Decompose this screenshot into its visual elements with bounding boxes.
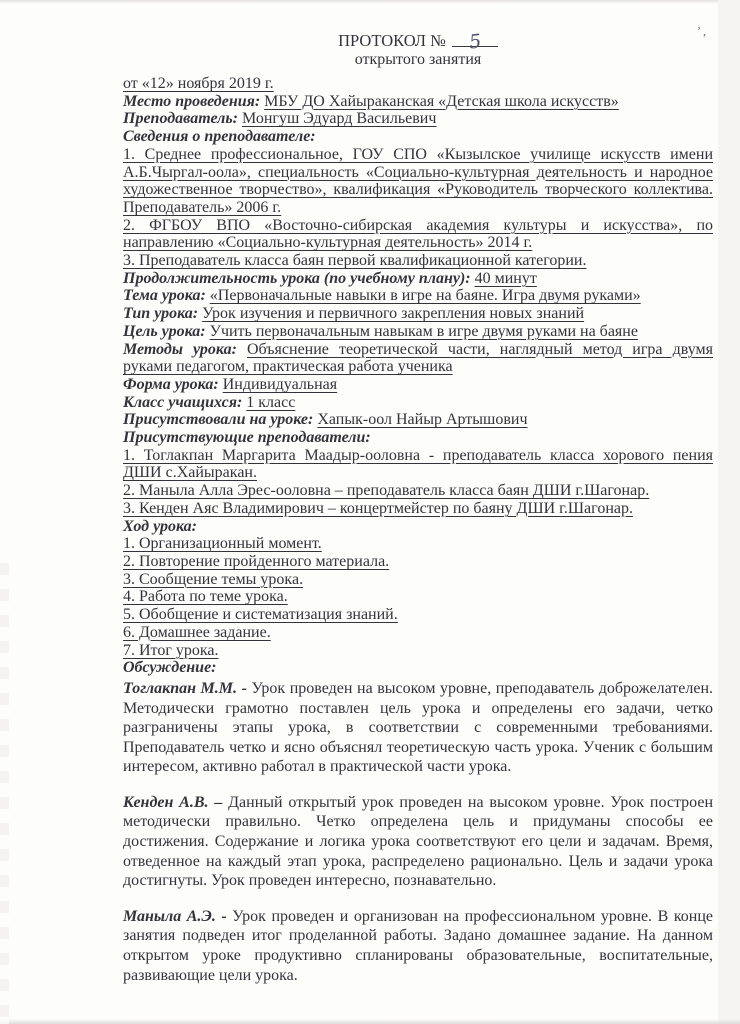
field-student-class-label: Класс учащихся: bbox=[123, 394, 242, 411]
discussion-speaker: Маныла А.Э. - bbox=[123, 908, 227, 925]
course-step: 2. Повторение пройденного материала. bbox=[123, 553, 713, 571]
discussion-header: Обсуждение: bbox=[123, 659, 713, 677]
present-teacher-item: 1. Тоглакпан Маргарита Маадыр-ооловна - … bbox=[123, 447, 713, 482]
field-goal: Цель урока: Учить первоначальным навыкам… bbox=[123, 323, 713, 341]
field-goal-label: Цель урока: bbox=[123, 323, 206, 340]
course-header: Ход урока: bbox=[123, 518, 713, 536]
field-methods-label: Методы урока: bbox=[123, 341, 237, 358]
document-content: ПРОТОКОЛ №5 открытого занятия от «12» но… bbox=[123, 30, 713, 985]
course-step: 6. Домашнее задание. bbox=[123, 624, 713, 642]
scan-edge-left bbox=[0, 563, 9, 1024]
field-form: Форма урока: Индивидуальная bbox=[123, 376, 713, 394]
field-attended-value: Хапык-оол Найыр Артышович bbox=[317, 411, 527, 428]
field-theme: Тема урока: «Первоначальные навыки в игр… bbox=[123, 287, 713, 305]
field-place-label: Место проведения: bbox=[123, 93, 260, 110]
field-place-value: МБУ ДО Хайыраканская «Детская школа иску… bbox=[264, 93, 619, 110]
field-student-class: Класс учащихся: 1 класс bbox=[123, 394, 713, 412]
course-step: 1. Организационный момент. bbox=[123, 535, 713, 553]
discussion-entry: Маныла А.Э. - Урок проведен и организова… bbox=[123, 907, 713, 985]
course-step: 3. Сообщение темы урока. bbox=[123, 571, 713, 589]
scanned-document-page: ʼ, ПРОТОКОЛ №5 открытого занятия от «12»… bbox=[0, 0, 740, 1024]
about-item: 2. ФГБОУ ВПО «Восточно-сибирская академи… bbox=[123, 217, 713, 252]
field-duration-value: 40 минут bbox=[475, 270, 537, 287]
field-teacher: Преподаватель: Монгуш Эдуард Васильевич bbox=[123, 110, 713, 128]
field-form-value: Индивидуальная bbox=[223, 376, 337, 393]
present-teacher-item: 3. Кенден Аяс Владимирович – концертмейс… bbox=[123, 500, 713, 518]
field-duration: Продолжительность урока (по учебному пла… bbox=[123, 270, 713, 288]
document-title: ПРОТОКОЛ №5 bbox=[123, 30, 713, 51]
course-step: 7. Итог урока. bbox=[123, 642, 713, 660]
date-line: от «12» ноября 2019 г. bbox=[123, 75, 713, 93]
about-item: 1. Среднее профессиональное, ГОУ СПО «Кы… bbox=[123, 146, 713, 217]
about-header: Сведения о преподавателе: bbox=[123, 128, 713, 146]
discussion-entry: Кенден А.В. – Данный открытый урок прове… bbox=[123, 793, 713, 891]
protocol-number-handwritten: 5 bbox=[468, 31, 482, 52]
field-form-label: Форма урока: bbox=[123, 376, 219, 393]
discussion-entry: Тоглакпан М.М. - Урок проведен на высоко… bbox=[123, 679, 713, 777]
field-teacher-label: Преподаватель: bbox=[123, 110, 238, 127]
field-attended: Присутствовали на уроке: Хапык-оол Найыр… bbox=[123, 411, 713, 429]
field-attended-label: Присутствовали на уроке: bbox=[123, 411, 313, 428]
field-methods: Методы урока: Объяснение теоретической ч… bbox=[123, 341, 713, 376]
field-teacher-value: Монгуш Эдуард Васильевич bbox=[242, 110, 436, 127]
field-student-class-value: 1 класс bbox=[246, 394, 295, 411]
field-lesson-type-value: Урок изучения и первичного закрепления н… bbox=[202, 305, 584, 322]
scan-edge-bottom bbox=[0, 1019, 740, 1024]
title-prefix: ПРОТОКОЛ № bbox=[338, 31, 446, 50]
protocol-number-blank: 5 bbox=[452, 30, 498, 47]
discussion-speaker: Кенден А.В. – bbox=[123, 794, 222, 811]
field-place: Место проведения: МБУ ДО Хайыраканская «… bbox=[123, 93, 713, 111]
field-duration-label: Продолжительность урока (по учебному пла… bbox=[123, 270, 471, 287]
present-teachers-header: Присутствующие преподаватели: bbox=[123, 429, 713, 447]
field-lesson-type: Тип урока: Урок изучения и первичного за… bbox=[123, 305, 713, 323]
field-goal-value: Учить первоначальным навыкам в игре двум… bbox=[210, 323, 638, 340]
course-step: 5. Обобщение и систематизация знаний. bbox=[123, 606, 713, 624]
present-teacher-item: 2. Маныла Алла Эрес-ооловна – преподават… bbox=[123, 482, 713, 500]
about-item: 3. Преподаватель класса баян первой квал… bbox=[123, 252, 713, 270]
course-step: 4. Работа по теме урока. bbox=[123, 588, 713, 606]
document-subtitle: открытого занятия bbox=[123, 51, 713, 69]
field-theme-value: «Первоначальные навыки в игре на баяне. … bbox=[210, 287, 641, 304]
scan-edge-right bbox=[718, 0, 740, 1024]
field-theme-label: Тема урока: bbox=[123, 287, 206, 304]
scan-edge-top bbox=[0, 0, 740, 4]
discussion-speaker: Тоглакпан М.М. - bbox=[123, 680, 247, 697]
field-lesson-type-label: Тип урока: bbox=[123, 305, 198, 322]
